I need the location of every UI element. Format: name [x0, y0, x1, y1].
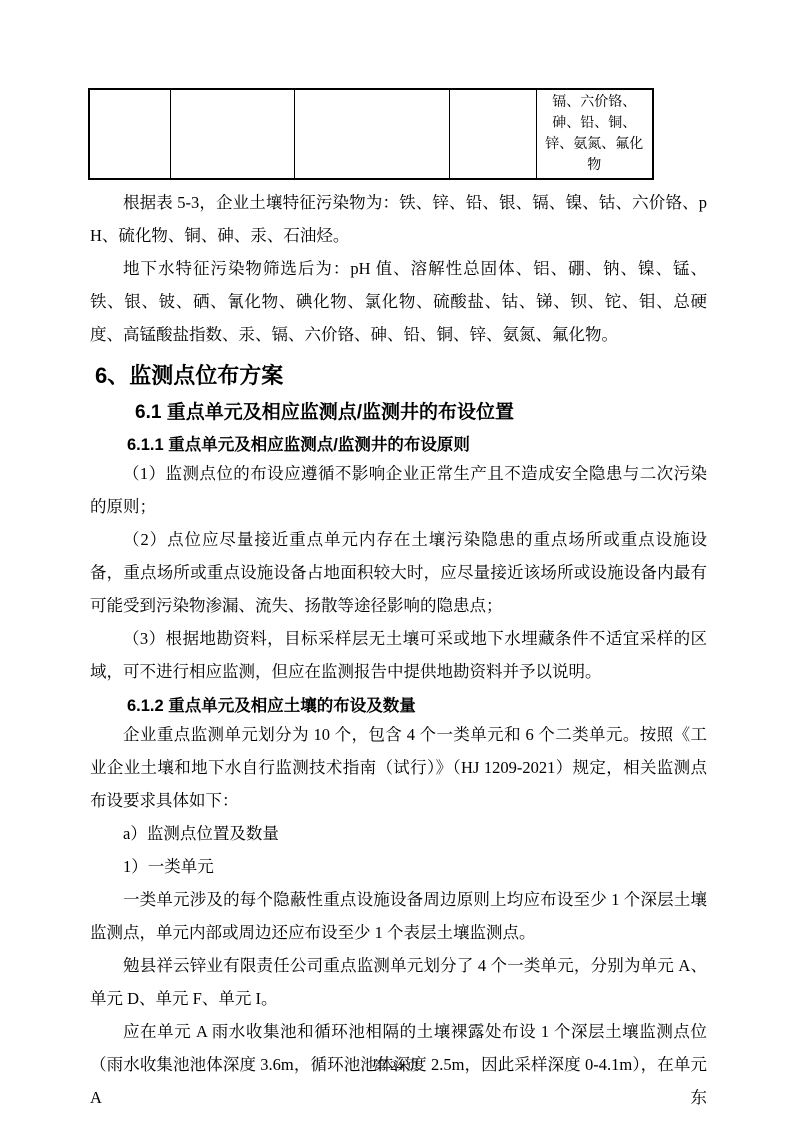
document-page: 镉、六价铬、砷、铅、铜、锌、氨氮、氟化物 根据表 5-3，企业土壤特征污染物为：…: [0, 0, 793, 1122]
table-cell-3: [294, 89, 449, 179]
table-row: 镉、六价铬、砷、铅、铜、锌、氨氮、氟化物: [89, 89, 653, 179]
paragraph-class1-rule: 一类单元涉及的每个隐蔽性重点设施设备周边原则上均应布设至少 1 个深层土壤监测点…: [90, 883, 707, 949]
label-list-1: 1）一类单元: [90, 850, 707, 883]
page-number: 第 24 页: [0, 1057, 793, 1075]
heading-section-6: 6、监测点位布方案: [90, 361, 707, 391]
heading-section-6-1-1: 6.1.1 重点单元及相应监测点/监测井的布设原则: [127, 433, 707, 457]
heading-section-6-1: 6.1 重点单元及相应监测点/监测井的布设位置: [135, 399, 707, 427]
table-cell-1: [89, 89, 170, 179]
table-cell-2: [170, 89, 294, 179]
principle-item-1: （1）监测点位的布设应遵循不影响企业正常生产且不造成安全隐患与二次污染的原则；: [90, 457, 707, 523]
heading-section-6-1-2: 6.1.2 重点单元及相应土壤的布设及数量: [127, 694, 707, 718]
paragraph-unit-division: 企业重点监测单元划分为 10 个，包含 4 个一类单元和 6 个二类单元。按照《…: [90, 718, 707, 817]
principle-item-3: （3）根据地勘资料，目标采样层无土壤可采或地下水埋藏条件不适宜采样的区域，可不进…: [90, 622, 707, 688]
pollutants-table: 镉、六价铬、砷、铅、铜、锌、氨氮、氟化物: [88, 88, 654, 180]
table-cell-pollutant-list: 镉、六价铬、砷、铅、铜、锌、氨氮、氟化物: [536, 89, 653, 179]
table-cell-4: [449, 89, 536, 179]
paragraph-soil-pollutants: 根据表 5-3，企业土壤特征污染物为：铁、锌、铅、银、镉、镍、钴、六价铬、pH、…: [90, 186, 707, 252]
paragraph-company-units: 勉县祥云锌业有限责任公司重点监测单元划分了 4 个一类单元，分别为单元 A、单元…: [90, 949, 707, 1015]
paragraph-groundwater-pollutants: 地下水特征污染物筛选后为：pH 值、溶解性总固体、铝、硼、钠、镍、锰、铁、银、铍…: [90, 252, 707, 351]
page-content: 镉、六价铬、砷、铅、铜、锌、氨氮、氟化物 根据表 5-3，企业土壤特征污染物为：…: [90, 88, 707, 1114]
principle-item-2: （2）点位应尽量接近重点单元内存在土壤污染隐患的重点场所或重点设施设备，重点场所…: [90, 523, 707, 622]
label-list-a: a）监测点位置及数量: [90, 817, 707, 850]
